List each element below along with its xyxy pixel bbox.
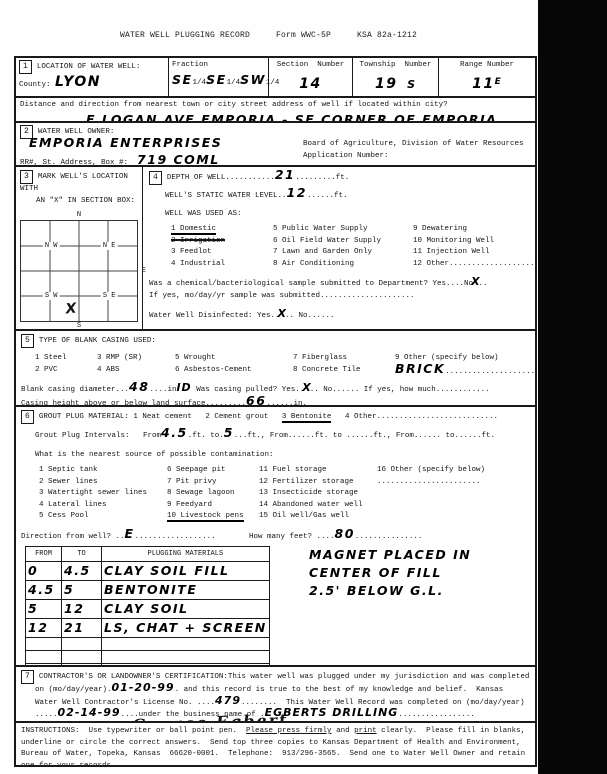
- casing-other-dots: ..........................: [445, 368, 535, 376]
- contamination-list: 1 Septic tank 2 Sewer lines 3 Watertight…: [39, 465, 530, 523]
- casing-types-row-1: 1 Steel 3 RMP (SR) 5 Wrought 7 Fiberglas…: [35, 353, 530, 365]
- use-public-water: 5 Public Water Supply: [273, 224, 413, 236]
- instructions-print: print: [354, 727, 377, 735]
- interval-to-value: 5: [224, 425, 234, 440]
- agency-block: Board of Agriculture, Division of Water …: [301, 123, 535, 165]
- fraction-label: Fraction: [172, 60, 265, 72]
- table-row-empty: [26, 638, 270, 651]
- use-feedlot: 3 Feedlot: [171, 247, 273, 259]
- cont-sewage-lagoon: 8 Sewage lagoon: [167, 488, 259, 500]
- scanned-water-well-plugging-record: WATER WELL PLUGGING RECORD Form WWC-5P K…: [0, 0, 607, 774]
- owner-value: EMPORIA ENTERPRISES: [29, 135, 222, 150]
- form-number: Form WWC-5P: [276, 31, 331, 40]
- cont-seepage-pit: 6 Seepage pit: [167, 465, 259, 477]
- compass-south-label: S: [20, 322, 138, 329]
- section-2-owner-row: 2WATER WELL OWNER: EMPORIA ENTERPRISES R…: [16, 121, 535, 165]
- section-grid-lines-icon: [21, 221, 137, 321]
- sample-question-prefix: Was a chemical/bacteriological sample su…: [149, 280, 473, 288]
- cont-insecticide-storage: 13 Insecticide storage: [259, 488, 377, 500]
- diameter-prefix: Blank casing diameter...: [21, 386, 129, 394]
- cont-abandoned-well: 14 Abandoned water well: [259, 500, 377, 512]
- contractor-signature: George Egbert: [132, 714, 289, 721]
- county-value: LYON: [55, 74, 101, 90]
- cont-other-dots: .......................: [377, 477, 485, 489]
- section-5-number-box: 5: [21, 334, 34, 348]
- diameter-value: 48: [129, 379, 149, 394]
- plug-completed-date: 01-20-99: [112, 681, 175, 694]
- magnet-note-line-2: CENTER OF FILL: [309, 564, 471, 582]
- plugging-materials-table: FROM TO PLUGGING MATERIALS 0 4.5 CLAY SO…: [25, 546, 270, 665]
- certification-line-1: CONTRACTOR'S OR LANDOWNER'S CERTIFICATIO…: [39, 673, 530, 681]
- row-1-to: 4.5: [64, 563, 91, 578]
- static-level-value: 12: [287, 185, 307, 200]
- row-4-to: 21: [64, 620, 84, 635]
- cont-other: 16 Other (specify below): [377, 465, 485, 477]
- use-lawn-garden: 7 Lawn and Garden Only: [273, 247, 413, 259]
- static-level-prefix: WELL'S STATIC WATER LEVEL..: [165, 192, 287, 200]
- fraction-hw-3: SW: [240, 72, 266, 87]
- uses-column-2: 5 Public Water Supply 6 Oil Field Water …: [273, 224, 413, 270]
- township-suffix: S: [407, 78, 416, 91]
- cont-livestock-pens: 10 Livestock pens: [167, 512, 244, 522]
- casing-abs: 4 ABS: [97, 365, 175, 379]
- row-1-material: CLAY SOIL FILL: [104, 563, 230, 578]
- table-row: 0 4.5 CLAY SOIL FILL: [26, 562, 270, 581]
- grout-neat-cement: 1 Neat cement: [133, 413, 192, 421]
- diameter-id-note: ID: [176, 381, 191, 394]
- casing-wrought: 5 Wrought: [175, 353, 293, 365]
- instructions-paragraph: INSTRUCTIONS: Use typewriter or ball poi…: [21, 726, 526, 765]
- section-5-label: TYPE OF BLANK CASING USED:: [39, 337, 156, 345]
- magnet-handwritten-note: MAGNET PLACED IN CENTER OF FILL 2.5' BEL…: [309, 546, 471, 600]
- disinfected-prefix: Water Well Disinfected: Yes..: [149, 312, 280, 320]
- compass-east-label: E: [142, 267, 146, 275]
- cont-pit-privy: 7 Pit privy: [167, 477, 259, 489]
- quarter-2: 1/4: [227, 79, 241, 87]
- interval-from-value: 4.5: [161, 425, 188, 440]
- section-number-label: Section Number: [272, 60, 349, 72]
- grout-bentonite: 3 Bentonite: [282, 413, 332, 423]
- section-3-4-row: 3MARK WELL'S LOCATION WITH AN "X" IN SEC…: [16, 165, 535, 329]
- use-injection: 11 Injection Well: [413, 247, 535, 259]
- contamination-column-3: 11 Fuel storage 12 Fertilizer storage 13…: [259, 465, 377, 523]
- record-completed-date: 02-14-99: [58, 706, 121, 719]
- section-5-casing-box: 5TYPE OF BLANK CASING USED: 1 Steel 3 RM…: [16, 329, 535, 405]
- uses-column-3: 9 Dewatering 10 Monitoring Well 11 Injec…: [413, 224, 535, 270]
- cert-line-2-prefix: on (mo/day/year).: [35, 686, 112, 694]
- use-irrigation: 2 Irrigation: [171, 237, 225, 245]
- compass-northwest-label: N W: [43, 242, 60, 250]
- cert-line-4-prefix: .....: [35, 711, 58, 719]
- compass-southeast-label: S E: [101, 292, 118, 300]
- row-3-material: CLAY SOIL: [104, 601, 189, 616]
- sample-question-suffix: ..: [479, 280, 488, 288]
- feet-suffix: ...............: [355, 533, 423, 541]
- form-body: 1LOCATION OF WATER WELL: County: LYON Fr…: [14, 56, 537, 767]
- col-header-from: FROM: [26, 547, 62, 562]
- diameter-mid: ....in: [149, 386, 176, 394]
- distance-answer: E LOGAN AVE EMPORIA - SE CORNER OF EMPOR…: [86, 112, 497, 122]
- range-cell: Range Number 11E: [438, 58, 535, 96]
- sample-date-line: If yes, mo/day/yr sample was submitted..…: [149, 291, 535, 303]
- cont-lateral-lines: 4 Lateral lines: [39, 500, 167, 512]
- contamination-column-2: 6 Seepage pit 7 Pit privy 8 Sewage lagoo…: [167, 465, 259, 523]
- contamination-column-1: 1 Septic tank 2 Sewer lines 3 Watertight…: [39, 465, 167, 523]
- casing-other-value: BRICK: [395, 361, 445, 376]
- cert-line-4-suffix: .................: [398, 711, 475, 719]
- fraction-value: SE1/4SE1/4SW1/4: [172, 76, 265, 90]
- section-number-value: 14: [299, 76, 321, 92]
- fraction-hw-2: SE: [206, 72, 227, 87]
- section-3-label-line1: MARK WELL'S LOCATION WITH: [20, 173, 132, 193]
- casing-types-row-2: 2 PVC 4 ABS 6 Asbestos-Cement 8 Concrete…: [35, 365, 530, 379]
- intervals-suffix: ...ft., From......ft. to ......ft., From…: [234, 432, 495, 440]
- well-uses-list: 1 Domestic 2 Irrigation 3 Feedlot 4 Indu…: [171, 224, 535, 270]
- use-oil-field: 6 Oil Field Water Supply: [273, 236, 413, 248]
- county-label: County:: [19, 81, 51, 89]
- row-3-from: 5: [28, 601, 38, 616]
- cont-septic-tank: 1 Septic tank: [39, 465, 167, 477]
- section-1-number-box: 1: [19, 60, 32, 74]
- casing-fiberglass: 7 Fiberglass: [293, 353, 395, 365]
- section-3-number-box: 3: [20, 170, 33, 184]
- grout-cement-grout: 2 Cement grout: [205, 413, 268, 421]
- cont-fuel-storage: 11 Fuel storage: [259, 465, 377, 477]
- fraction-hw-1: SE: [172, 72, 193, 87]
- cont-feedyard: 9 Feedyard: [167, 500, 259, 512]
- uses-column-1: 1 Domestic 2 Irrigation 3 Feedlot 4 Indu…: [171, 224, 273, 270]
- board-label: Board of Agriculture, Division of Water …: [303, 139, 533, 151]
- cont-cess-pool: 5 Cess Pool: [39, 511, 167, 523]
- intervals-mid: .ft. to.: [188, 432, 224, 440]
- depth-value: 21: [275, 167, 295, 182]
- row-2-to: 5: [64, 582, 74, 597]
- used-as-label: WELL WAS USED AS:: [165, 209, 535, 221]
- table-row-empty: [26, 651, 270, 664]
- scanner-black-edge: [538, 0, 607, 774]
- direction-suffix: ..................: [135, 533, 216, 541]
- row-2-material: BENTONITE: [104, 582, 197, 597]
- range-value: 11: [472, 76, 494, 92]
- document-header: WATER WELL PLUGGING RECORD Form WWC-5P K…: [120, 31, 417, 40]
- col-header-materials: PLUGGING MATERIALS: [102, 547, 270, 562]
- compass-northeast-label: N E: [101, 242, 118, 250]
- compass-southwest-label: S W: [43, 292, 60, 300]
- section-1-location-row: 1LOCATION OF WATER WELL: County: LYON Fr…: [16, 58, 535, 96]
- township-label: Township Number: [356, 60, 435, 72]
- section-number-cell: Section Number 14: [268, 58, 352, 96]
- static-level-suffix: ......ft.: [307, 192, 348, 200]
- compass-north-label: N: [20, 211, 138, 220]
- row-4-material: LS, CHAT + SCREEN: [104, 620, 267, 635]
- section-6-grout-box: 6GROUT PLUG MATERIAL: 1 Neat cement 2 Ce…: [16, 405, 535, 665]
- address-value: 719 COML: [137, 152, 220, 166]
- cont-oil-gas-well: 15 Oil well/Gas well: [259, 511, 377, 523]
- instructions-press-firmly: Please press firmly: [246, 727, 332, 735]
- magnet-note-line-3: 2.5' BELOW G.L.: [309, 582, 471, 600]
- well-location-x-mark: X: [65, 301, 77, 318]
- township-value: 19: [375, 76, 397, 92]
- grout-other: 4 Other...........................: [345, 413, 498, 421]
- range-label: Range Number: [442, 60, 532, 72]
- disinfected-suffix: .. No......: [285, 312, 335, 320]
- use-domestic: 1 Domestic: [171, 225, 216, 235]
- pulled-suffix: .. No...... If yes, how much............: [310, 386, 490, 394]
- quarter-1: 1/4: [193, 79, 207, 87]
- cont-sewer-lines: 2 Sewer lines: [39, 477, 167, 489]
- contractor-license-number: 479: [215, 694, 241, 707]
- contamination-column-4: 16 Other (specify below) ...............…: [377, 465, 485, 523]
- section-7-number-box: 7: [21, 670, 34, 684]
- section-3-location-box: 3MARK WELL'S LOCATION WITH AN "X" IN SEC…: [16, 167, 143, 329]
- plugging-table-zone: FROM TO PLUGGING MATERIALS 0 4.5 CLAY SO…: [21, 546, 530, 665]
- section-box-grid-wrap: N N W N E S W S E: [20, 211, 138, 329]
- magnet-note-line-1: MAGNET PLACED IN: [309, 546, 471, 564]
- feet-value: 80: [335, 526, 355, 541]
- section-3-label-line2: AN "X" IN SECTION BOX:: [36, 196, 138, 208]
- fraction-cell: Fraction SE1/4SE1/4SW1/4: [168, 58, 268, 96]
- table-row: 4.5 5 BENTONITE: [26, 581, 270, 600]
- section-6-number-box: 6: [21, 410, 34, 424]
- section-4-number-box: 4: [149, 171, 162, 185]
- section-6-label: GROUT PLUG MATERIAL:: [39, 413, 129, 421]
- feet-line: How many feet? ....80...............: [249, 530, 422, 544]
- depth-prefix: DEPTH OF WELL...........: [167, 174, 275, 182]
- section-1-label: LOCATION OF WATER WELL:: [37, 63, 141, 71]
- casing-asbestos: 6 Asbestos-Cement: [175, 365, 293, 379]
- row-4-from: 12: [28, 620, 48, 635]
- use-other: 12 Other....................: [413, 259, 535, 271]
- col-header-to: TO: [62, 547, 102, 562]
- casing-steel: 1 Steel: [35, 353, 97, 365]
- feet-prefix: How many feet? ....: [249, 533, 335, 541]
- casing-pvc: 2 PVC: [35, 365, 97, 379]
- distance-row: Distance and direction from nearest town…: [16, 96, 535, 121]
- casing-concrete: 8 Concrete Tile: [293, 365, 395, 379]
- range-suffix: E: [495, 77, 502, 87]
- direction-prefix: Direction from well? ..: [21, 533, 125, 541]
- township-cell: Township Number 19 S: [352, 58, 438, 96]
- contamination-label: What is the nearest source of possible c…: [35, 450, 530, 462]
- document-title: WATER WELL PLUGGING RECORD: [120, 31, 250, 40]
- use-air-conditioning: 8 Air Conditioning: [273, 259, 413, 271]
- table-row: 5 12 CLAY SOIL: [26, 600, 270, 619]
- direction-line: Direction from well? ..E................…: [21, 530, 249, 544]
- cont-watertight-sewer: 3 Watertight sewer lines: [39, 488, 167, 500]
- casing-rmp: 3 RMP (SR): [97, 353, 175, 365]
- statute-number: KSA 82a-1212: [357, 31, 417, 40]
- section-4-well-data-box: 4DEPTH OF WELL...........21.........ft. …: [143, 167, 535, 329]
- instructions-seg-1: INSTRUCTIONS: Use typewriter or ball poi…: [21, 727, 246, 735]
- section-7-certification-box: 7CONTRACTOR'S OR LANDOWNER'S CERTIFICATI…: [16, 665, 535, 721]
- depth-suffix: .........ft.: [295, 174, 349, 182]
- row-2-from: 4.5: [28, 582, 55, 597]
- instructions-box: INSTRUCTIONS: Use typewriter or ball poi…: [16, 721, 535, 765]
- table-header-row: FROM TO PLUGGING MATERIALS: [26, 547, 270, 562]
- table-row: 12 21 LS, CHAT + SCREEN: [26, 619, 270, 638]
- use-dewatering: 9 Dewatering: [413, 224, 535, 236]
- height-value: 66: [246, 393, 266, 406]
- row-1-from: 0: [28, 563, 38, 578]
- use-industrial: 4 Industrial: [171, 259, 273, 271]
- cont-fertilizer-storage: 12 Fertilizer storage: [259, 477, 377, 489]
- row-3-to: 12: [64, 601, 84, 616]
- use-monitoring: 10 Monitoring Well: [413, 236, 535, 248]
- county-cell: 1LOCATION OF WATER WELL: County: LYON: [16, 58, 168, 96]
- owner-left-block: 2WATER WELL OWNER: EMPORIA ENTERPRISES R…: [16, 123, 301, 165]
- intervals-label: Grout Plug Intervals:: [35, 432, 130, 440]
- intervals-from-word: From: [130, 432, 162, 440]
- section-box-grid: N W N E S W S E X: [20, 220, 138, 322]
- application-number-label: Application Number:: [303, 151, 533, 163]
- direction-value: E: [125, 526, 135, 541]
- instructions-seg-3: and: [332, 727, 355, 735]
